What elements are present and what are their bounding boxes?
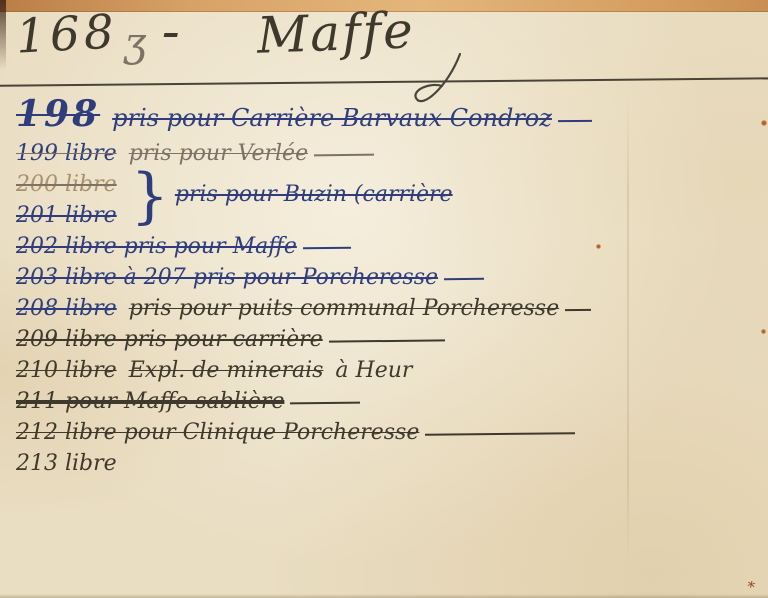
title-number-variant: ʒ: [124, 20, 147, 66]
entry-text: 203 libre à 207 pris pour Porcheresse: [16, 265, 438, 290]
card-left-edge: [0, 0, 6, 70]
entry-text: 202 libre pris pour Maffe: [16, 234, 297, 259]
title-number: 168: [15, 4, 119, 64]
entry-text: 213 libre: [16, 451, 117, 476]
foxing-spot: [761, 329, 766, 334]
entry-row: 199 librepris pour Verlée: [16, 138, 760, 169]
strike-tail: [565, 309, 591, 311]
card-title: 168 ʒ – Maffe: [16, 4, 758, 76]
entry-row: 210 libreExpl. de mineraisà Heur: [16, 355, 760, 386]
entry-row: 213 libre: [16, 448, 760, 479]
entry-row: 212 libre pour Clinique Porcheresse: [16, 417, 760, 448]
brace-glyph: }: [131, 166, 169, 226]
entry-list: 198pris pour Carrière Barvaux Condroz199…: [16, 94, 760, 479]
entry-row: 208 librepris pour puits communal Porche…: [16, 293, 760, 324]
entry-text: Expl. de minerais: [129, 358, 324, 383]
header-rule: [0, 77, 768, 87]
entry-text: 199 libre: [16, 141, 117, 166]
entry-text: 211 pour Maffe sablière: [16, 389, 284, 414]
strike-tail: [329, 339, 445, 342]
entry-text: à Heur: [335, 358, 412, 383]
entry-text: pris pour puits communal Porcheresse: [129, 296, 559, 321]
entry-text: 201 libre: [16, 203, 117, 228]
entry-text: 210 libre: [16, 358, 117, 383]
entry-row: 209 libre pris pour carrière: [16, 324, 760, 355]
strike-tail: [303, 247, 351, 250]
foxing-spot: [761, 120, 767, 126]
strike-tail: [314, 154, 374, 157]
entry-text: 200 libre: [16, 172, 117, 197]
entry-text: 198: [16, 93, 100, 135]
index-card: 168 ʒ – Maffe 198pris pour Carrière Barv…: [0, 0, 768, 598]
entry-row: 202 libre pris pour Maffe: [16, 231, 760, 262]
strike-tail: [425, 432, 575, 436]
strike-tail: [290, 402, 360, 405]
strike-tail: [444, 278, 484, 280]
entry-text: pris pour Carrière Barvaux Condroz: [112, 104, 552, 132]
entry-row: 198pris pour Carrière Barvaux Condroz: [16, 94, 760, 138]
entry-text: pris pour Buzin (carrière: [175, 179, 453, 210]
entry-text: 208 libre: [16, 296, 117, 321]
entry-row: 211 pour Maffe sablière: [16, 386, 760, 417]
entry-text: 209 libre pris pour carrière: [16, 327, 323, 352]
strike-tail: [558, 119, 592, 121]
entry-group: 200 libre201 libre}pris pour Buzin (carr…: [16, 169, 760, 231]
card-bottom-edge: [0, 594, 768, 598]
title-dash: –: [162, 13, 179, 53]
entry-text: 212 libre pour Clinique Porcheresse: [16, 420, 419, 445]
title-name: Maffe: [256, 1, 416, 64]
entry-row: 203 libre à 207 pris pour Porcheresse: [16, 262, 760, 293]
